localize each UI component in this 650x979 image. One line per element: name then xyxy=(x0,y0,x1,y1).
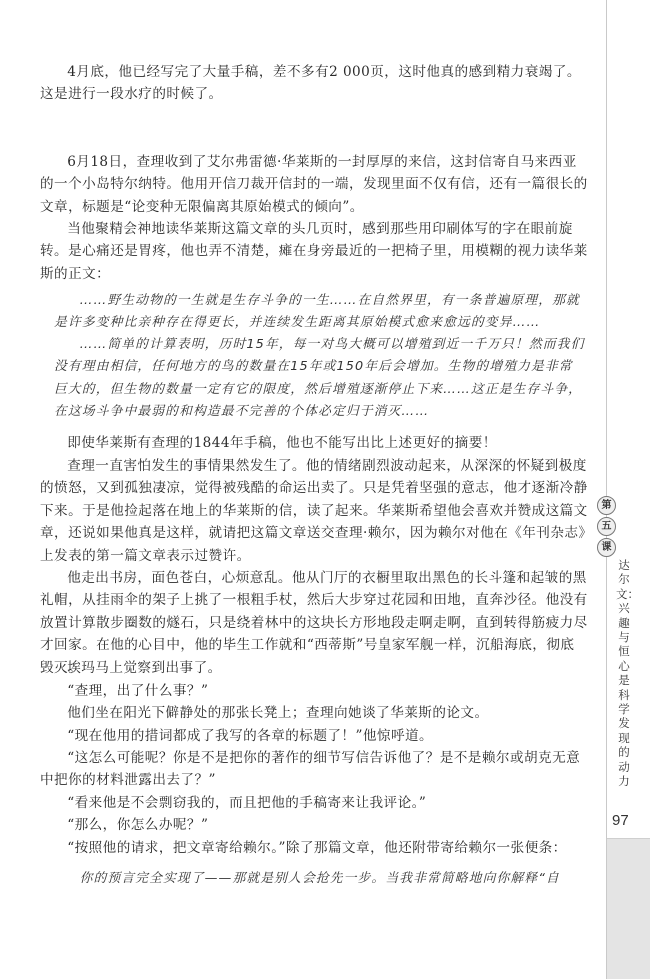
lesson-badge: 第 xyxy=(597,496,616,515)
paragraph: 当他聚精会神地读华莱斯这篇文章的头几页时，感到那些用印刷体写的字在眼前旋转。是心… xyxy=(40,218,588,285)
page-number: 97 xyxy=(612,812,629,829)
quote-paragraph: 你的预言完全实现了——那就是别人会抢先一步。当我非常简略地向你解释“自 xyxy=(54,868,586,890)
textbook-page: 第 五 课 达尔文：兴趣与恒心是科学发现的动力 97 4月底，他已经写完了大量手… xyxy=(0,0,650,979)
margin-rule xyxy=(606,0,607,979)
lesson-badge: 课 xyxy=(597,538,616,557)
paragraph: 6月18日，查理收到了艾尔弗雷德·华莱斯的一封厚厚的来信，这封信寄自马来西亚的一… xyxy=(40,151,588,218)
paragraph: 查理一直害怕发生的事情果然发生了。他的情绪剧烈波动起来，从深深的怀疑到极度的愤怒… xyxy=(40,455,588,567)
paragraph: 埃玛马上觉察到出事了。 xyxy=(40,657,588,679)
paragraph: 4月底，他已经写完了大量手稿，差不多有2 000页，这时他真的感到精力衰竭了。这… xyxy=(40,61,588,106)
paragraph: 他们坐在阳光下僻静处的那张长凳上；查理向她谈了华莱斯的论文。 xyxy=(40,702,588,724)
quote-paragraph: ……野生动物的一生就是生存斗争的一生……在自然界里，有一条普遍原理，那就是许多变… xyxy=(54,290,586,335)
paragraph: “现在他用的措词都成了我写的各章的标题了！”他惊呼道。 xyxy=(40,725,588,747)
lesson-badge: 五 xyxy=(597,517,616,536)
paragraph: 即使华莱斯有查理的1844年手稿，他也不能写出比上述更好的摘要！ xyxy=(40,432,588,454)
paragraph: “这怎么可能呢？你是不是把你的著作的细节写信告诉他了？是不是赖尔或胡克无意中把你… xyxy=(40,747,588,792)
paragraph: “那么，你怎么办呢？” xyxy=(40,814,588,836)
margin-gray-block xyxy=(607,838,650,979)
paragraph: “看来他是不会剽窃我的，而且把他的手稿寄来让我评论。” xyxy=(40,792,588,814)
paragraph: “查理，出了什么事？” xyxy=(40,680,588,702)
lesson-badges: 第 五 课 xyxy=(597,496,617,559)
quote-paragraph: ……简单的计算表明，历时15年，每一对鸟大概可以增殖到近一千万只！然而我们没有理… xyxy=(54,334,586,424)
paragraph: “按照他的请求，把文章寄给赖尔。”除了那篇文章，他还附带寄给赖尔一张便条： xyxy=(40,837,588,859)
lesson-side-title: 达尔文：兴趣与恒心是科学发现的动力 xyxy=(616,558,632,789)
